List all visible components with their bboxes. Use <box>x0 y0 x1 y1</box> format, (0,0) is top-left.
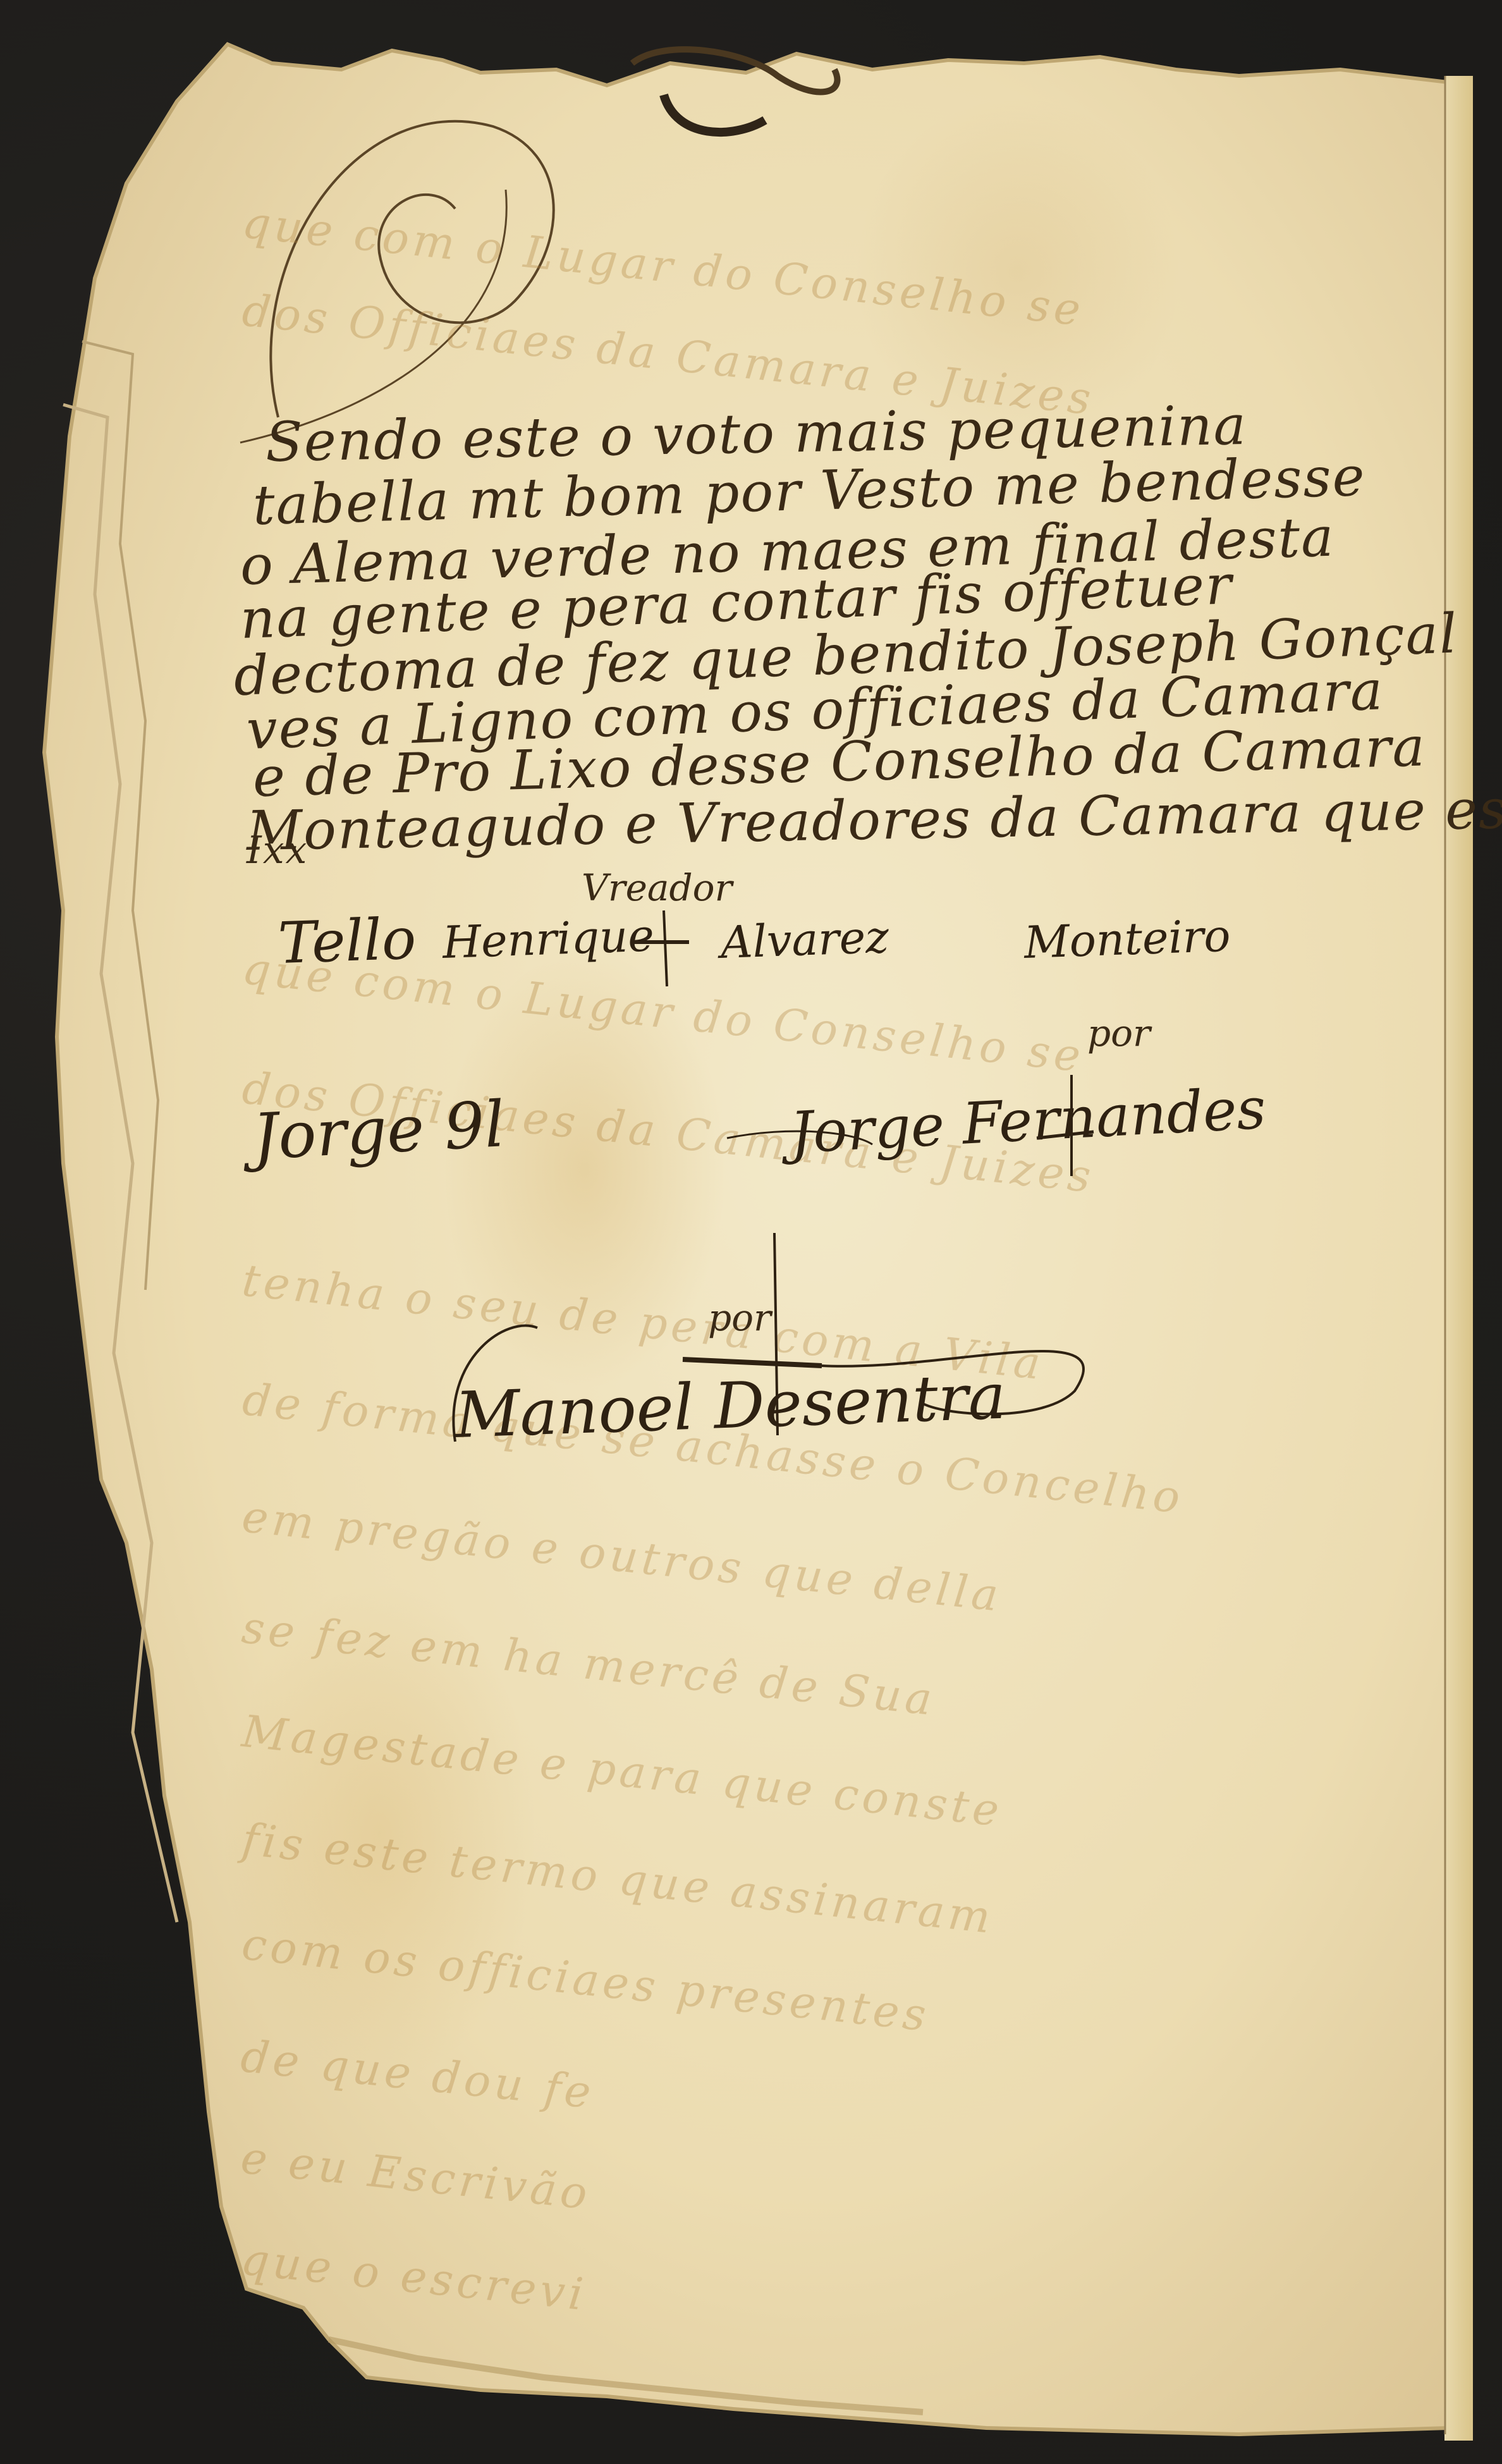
signature-cross-marks <box>0 0 1502 2464</box>
